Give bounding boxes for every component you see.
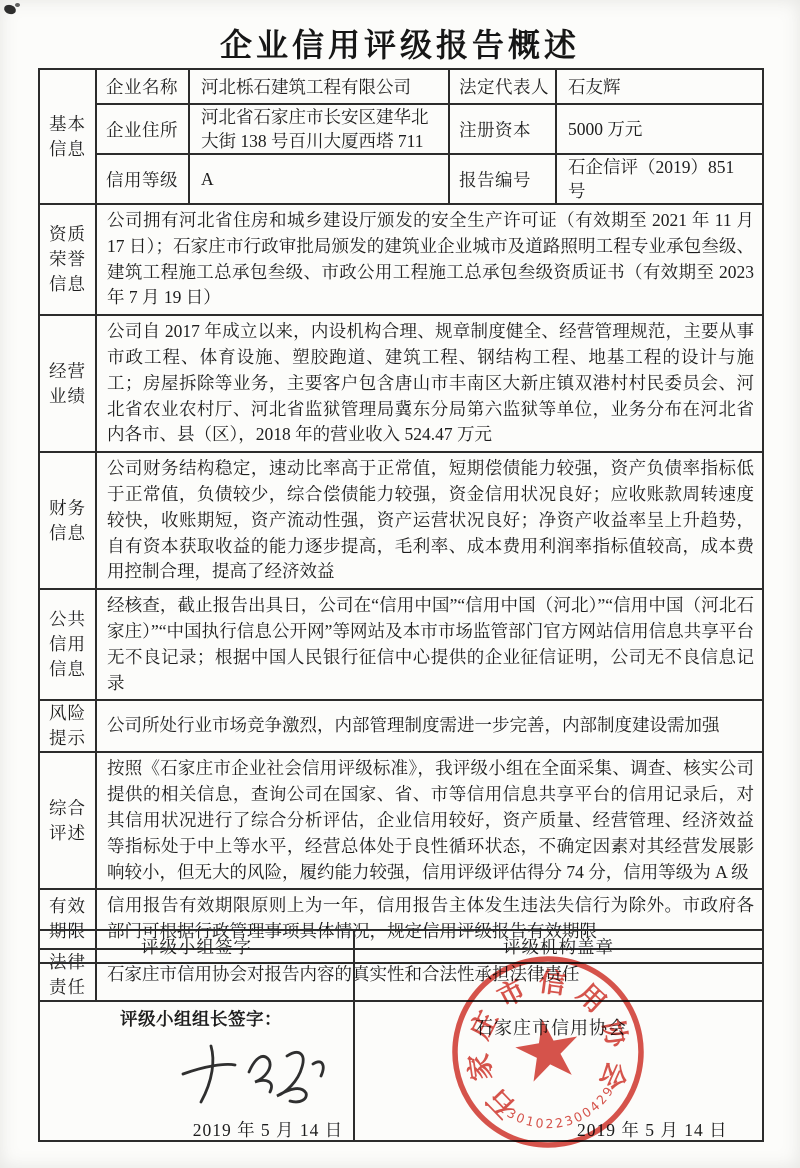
scan-artifact — [15, 3, 20, 7]
qualification-text: 公司拥有河北省住房和城乡建设厅颁发的安全生产许可证（有效期至 2021 年 11… — [96, 204, 763, 315]
finance-text: 公司财务结构稳定，速动比率高于正常值，短期偿债能力较强，资产负债率指标低于正常值… — [96, 452, 763, 589]
table-row: 综合评述 按照《石家庄市企业社会信用评级标准》，我评级小组在全面采集、调查、核实… — [39, 752, 763, 889]
business-text: 公司自 2017 年成立以来，内设机构合理、规章制度健全、经营管理规范，主要从事… — [96, 315, 763, 452]
address-label: 企业住所 — [96, 104, 189, 154]
address-value: 河北省石家庄市长安区建华北大街 138 号百川大厦西塔 711 — [189, 104, 449, 154]
stamp-date: 2019 年 5 月 14 日 — [577, 1117, 728, 1142]
company-name-label: 企业名称 — [96, 69, 189, 104]
risk-text: 公司所处行业市场竞争激烈，内部管理制度需进一步完善，内部制度建设需加强 — [96, 700, 763, 752]
section-basic-info: 基本信息 — [39, 69, 96, 204]
legal-rep-value: 石友辉 — [556, 69, 763, 104]
table-row: 经营业绩 公司自 2017 年成立以来，内设机构合理、规章制度健全、经营管理规范… — [39, 315, 763, 452]
registered-capital-value: 5000 万元 — [556, 104, 763, 154]
summary-text: 按照《石家庄市企业社会信用评级标准》，我评级小组在全面采集、调查、核实公司提供的… — [96, 752, 763, 889]
credit-grade-value: A — [189, 154, 449, 204]
scanned-page: 企业信用评级报告概述 基本信息 企业名称 河北栎石建筑工程有限公司 法定代表人 … — [0, 0, 800, 1168]
table-row: 公共信用信息 经核查，截止报告出具日，公司在“信用中国”“信用中国（河北）”“信… — [39, 589, 763, 700]
public-credit-text: 经核查，截止报告出具日，公司在“信用中国”“信用中国（河北）”“信用中国（河北石… — [96, 589, 763, 700]
table-row: 评级小组组长签字： 2019 年 5 月 14 日 石家庄市信用协会 2019 … — [39, 963, 763, 1141]
report-number-value: 石企信评（2019）851 号 — [556, 154, 763, 204]
report-number-label: 报告编号 — [449, 154, 556, 204]
table-row: 企业住所 河北省石家庄市长安区建华北大街 138 号百川大厦西塔 711 注册资… — [39, 104, 763, 154]
stamp-column-header: 评级机构盖章 — [354, 930, 763, 963]
stamp-cell: 石家庄市信用协会 2019 年 5 月 14 日 — [354, 963, 763, 1141]
sign-column-header: 评级小组签字 — [39, 930, 354, 963]
section-summary: 综合评述 — [39, 752, 96, 889]
page-title: 企业信用评级报告概述 — [0, 20, 800, 66]
section-business: 经营业绩 — [39, 315, 96, 452]
registered-capital-label: 注册资本 — [449, 104, 556, 154]
team-leader-sign-label: 评级小组组长签字： — [120, 1006, 282, 1031]
handwritten-signature — [175, 1036, 335, 1114]
signature-section: 评级小组签字 评级机构盖章 评级小组组长签字： 2019 年 5 月 14 日 — [38, 929, 764, 1142]
report-table: 基本信息 企业名称 河北栎石建筑工程有限公司 法定代表人 石友辉 企业住所 河北… — [38, 68, 764, 1002]
table-row: 资质荣誉信息 公司拥有河北省住房和城乡建设厅颁发的安全生产许可证（有效期至 20… — [39, 204, 763, 315]
section-risk: 风险提示 — [39, 700, 96, 752]
sign-cell: 评级小组组长签字： 2019 年 5 月 14 日 — [39, 963, 354, 1141]
table-row: 风险提示 公司所处行业市场竞争激烈，内部管理制度需进一步完善，内部制度建设需加强 — [39, 700, 763, 752]
credit-grade-label: 信用等级 — [96, 154, 189, 204]
table-row: 信用等级 A 报告编号 石企信评（2019）851 号 — [39, 154, 763, 204]
association-name: 石家庄市信用协会 — [475, 1014, 627, 1040]
section-finance: 财务信息 — [39, 452, 96, 589]
section-qualification: 资质荣誉信息 — [39, 204, 96, 315]
table-row: 基本信息 企业名称 河北栎石建筑工程有限公司 法定代表人 石友辉 — [39, 69, 763, 104]
table-row: 财务信息 公司财务结构稳定，速动比率高于正常值，短期偿债能力较强，资产负债率指标… — [39, 452, 763, 589]
table-row: 评级小组签字 评级机构盖章 — [39, 930, 763, 963]
sign-date: 2019 年 5 月 14 日 — [168, 1117, 368, 1142]
section-public-credit: 公共信用信息 — [39, 589, 96, 700]
legal-rep-label: 法定代表人 — [449, 69, 556, 104]
company-name-value: 河北栎石建筑工程有限公司 — [189, 69, 449, 104]
